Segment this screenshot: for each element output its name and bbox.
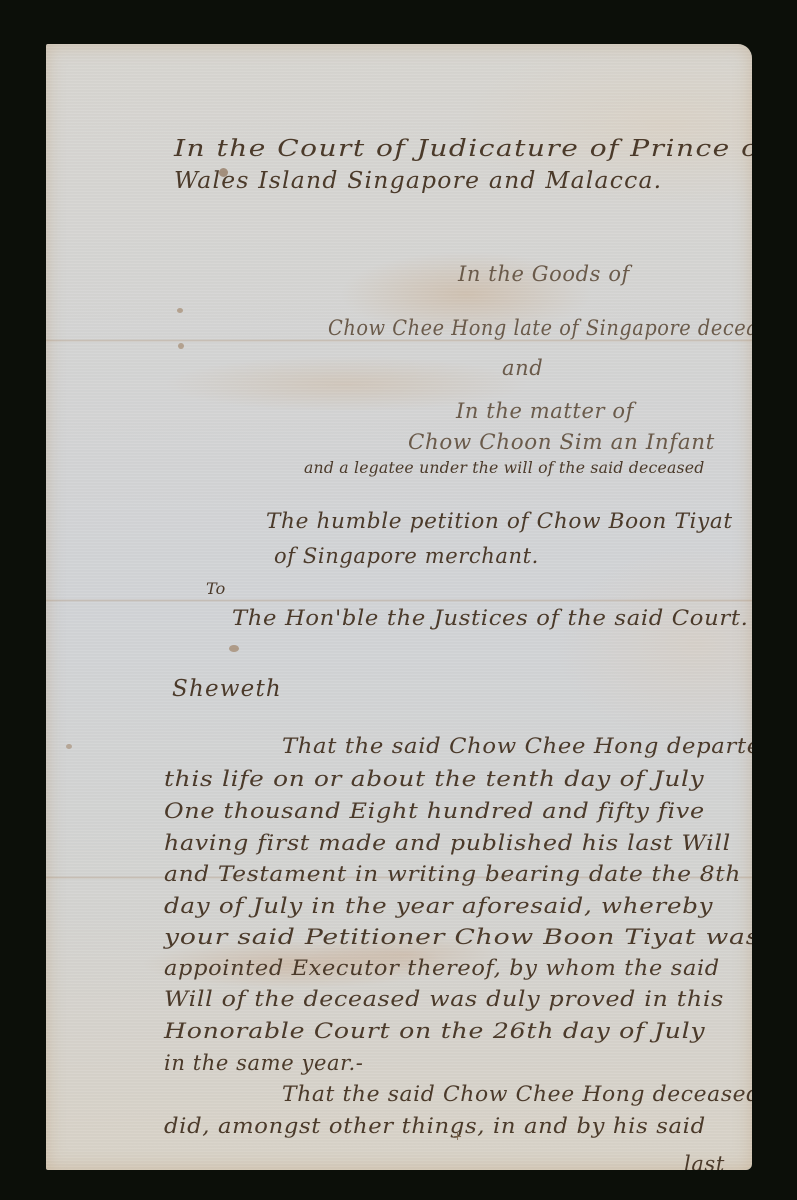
ink-blot bbox=[229, 645, 239, 652]
matter-of-line: In the matter of bbox=[456, 399, 634, 423]
fold-line bbox=[46, 599, 752, 602]
court-heading-line-1: In the Court of Judicature of Prince of bbox=[174, 136, 752, 162]
infant-name-line: Chow Choon Sim an Infant bbox=[408, 430, 715, 454]
manuscript-page: In the Court of Judicature of Prince of … bbox=[46, 44, 752, 1170]
ink-blot bbox=[66, 744, 72, 749]
body-line: That the said Chow Chee Hong departed bbox=[282, 734, 752, 758]
body-line: appointed Executor thereof, by whom the … bbox=[164, 956, 720, 980]
sheweth-heading: Sheweth bbox=[172, 676, 282, 702]
catchword: last bbox=[684, 1152, 725, 1170]
body-line: this life on or about the tenth day of J… bbox=[164, 767, 704, 791]
to-notation: To bbox=[206, 579, 225, 598]
page-mark: + bbox=[453, 1130, 462, 1143]
scan-frame: In the Court of Judicature of Prince of … bbox=[0, 0, 797, 1200]
ink-blot bbox=[177, 308, 183, 313]
body-line: day of July in the year aforesaid, where… bbox=[164, 894, 713, 918]
body-line: having first made and published his last… bbox=[164, 831, 731, 855]
petition-line-2: of Singapore merchant. bbox=[274, 544, 539, 568]
body-line: That the said Chow Chee Hong deceased bbox=[282, 1082, 752, 1106]
court-heading-line-2: Wales Island Singapore and Malacca. bbox=[174, 168, 662, 194]
and-line: and bbox=[502, 356, 543, 380]
deceased-name-line: Chow Chee Hong late of Singapore decease… bbox=[328, 316, 752, 340]
body-line: Honorable Court on the 26th day of July bbox=[164, 1019, 705, 1043]
body-line: your said Petitioner Chow Boon Tiyat was bbox=[164, 925, 752, 949]
body-line: did, amongst other things, in and by his… bbox=[164, 1114, 706, 1138]
ink-blot bbox=[178, 343, 184, 349]
address-line: The Hon'ble the Justices of the said Cou… bbox=[232, 606, 748, 630]
goods-of-line: In the Goods of bbox=[458, 262, 630, 286]
body-line: Will of the deceased was duly proved in … bbox=[164, 987, 724, 1011]
body-line: One thousand Eight hundred and fifty fiv… bbox=[164, 799, 705, 823]
body-line: and Testament in writing bearing date th… bbox=[164, 862, 741, 886]
body-line: in the same year.- bbox=[164, 1051, 363, 1075]
legatee-line: and a legatee under the will of the said… bbox=[304, 458, 704, 477]
petition-line-1: The humble petition of Chow Boon Tiyat bbox=[266, 509, 733, 533]
